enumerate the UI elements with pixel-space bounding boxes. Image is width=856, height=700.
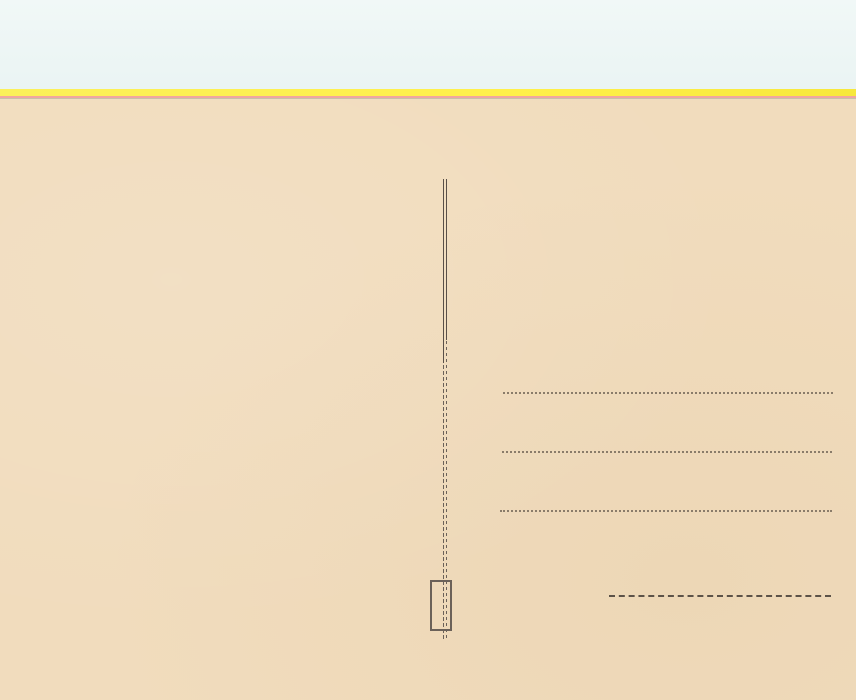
postcode-line — [609, 595, 831, 597]
postcard-back — [0, 99, 856, 700]
card-edge-yellow — [0, 89, 856, 96]
scan-background — [0, 0, 856, 90]
printer-mark-box — [430, 580, 452, 631]
divider-stroke-left — [443, 179, 444, 639]
address-line-1 — [503, 392, 833, 394]
address-line-3 — [500, 510, 832, 512]
divider-stroke-right — [446, 179, 447, 639]
center-divider-line — [443, 179, 447, 639]
address-line-2 — [502, 451, 832, 453]
